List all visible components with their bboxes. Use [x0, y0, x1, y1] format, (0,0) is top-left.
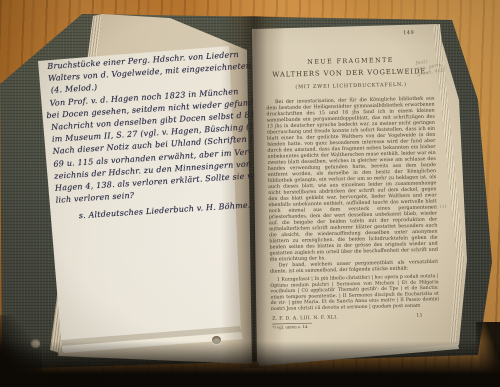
body-paragraph: Der band, welchem unser pergamentblatt a… [270, 259, 439, 275]
shadow-bottom-left [0, 315, 42, 373]
body-paragraph: Bei der inventarisation, der für die Kön… [266, 96, 438, 263]
pencil-margin-note: t. 5, 111 [430, 204, 447, 209]
page-number: 149 [259, 29, 441, 39]
article-title-line-2: WALTHERS VON DER VOGELWEIDE. [260, 66, 442, 78]
sheet-signature-number: 11 [416, 312, 423, 318]
shadow-bottom-right [476, 322, 500, 380]
book-photo: Bruchstücke einer Perg. Hdschr. von Lied… [0, 0, 500, 387]
article-body: Bei der inventarisation, der für die Kön… [261, 95, 446, 275]
contents-list-block: 1 Kurzgefasst | In più libello christife… [265, 273, 447, 312]
article-subtitle: (MIT ZWEI LICHTDRUCKTAFELN.) [260, 81, 442, 91]
table-shadow [0, 341, 500, 387]
page-footer: Z. F. D. A. LIII. N. F. XLI. 11 [266, 312, 448, 322]
book-gutter-shadow [221, 16, 285, 368]
